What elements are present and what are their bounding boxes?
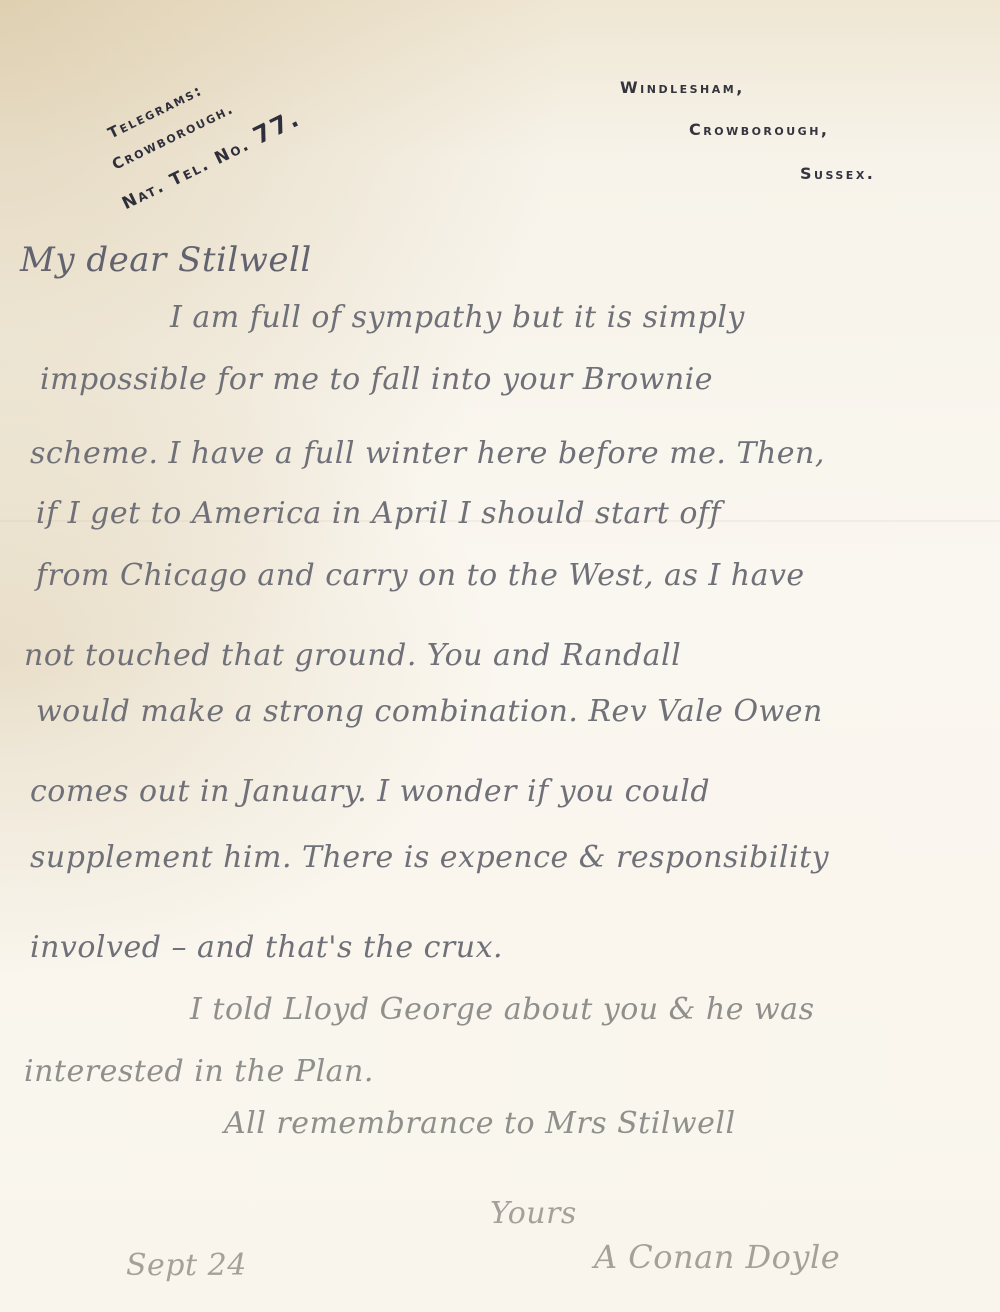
body-line: interested in the Plan. — [24, 1054, 374, 1089]
letter-page: Telegrams: Crowborough. Nat. Tel. No. 77… — [0, 0, 1000, 1312]
remembrance-line: All remembrance to Mrs Stilwell — [224, 1106, 736, 1141]
telephone-digits: 77. — [249, 104, 305, 150]
body-line: comes out in January. I wonder if you co… — [30, 774, 710, 809]
body-line: scheme. I have a full winter here before… — [30, 436, 825, 471]
salutation: My dear Stilwell — [20, 240, 312, 280]
telegrams-letterhead: Telegrams: Crowborough. Nat. Tel. No. 77… — [62, 0, 343, 242]
body-line: involved – and that's the crux. — [30, 930, 503, 965]
body-line: from Chicago and carry on to the West, a… — [36, 558, 805, 593]
address-line-town: Crowborough, — [689, 120, 830, 139]
address-line-county: Sussex. — [800, 164, 875, 183]
letter-date: Sept 24 — [126, 1248, 247, 1283]
signature: A Conan Doyle — [594, 1238, 840, 1276]
address-line-house: Windlesham, — [620, 78, 745, 97]
body-line: I am full of sympathy but it is simply — [170, 300, 745, 335]
body-line: not touched that ground. You and Randall — [24, 638, 681, 673]
body-line: if I get to America in April I should st… — [36, 496, 721, 531]
body-line: I told Lloyd George about you & he was — [190, 992, 814, 1027]
closing: Yours — [490, 1196, 577, 1231]
body-line: supplement him. There is expence & respo… — [30, 840, 829, 875]
body-line: would make a strong combination. Rev Val… — [36, 694, 823, 729]
body-line: impossible for me to fall into your Brow… — [40, 362, 713, 397]
